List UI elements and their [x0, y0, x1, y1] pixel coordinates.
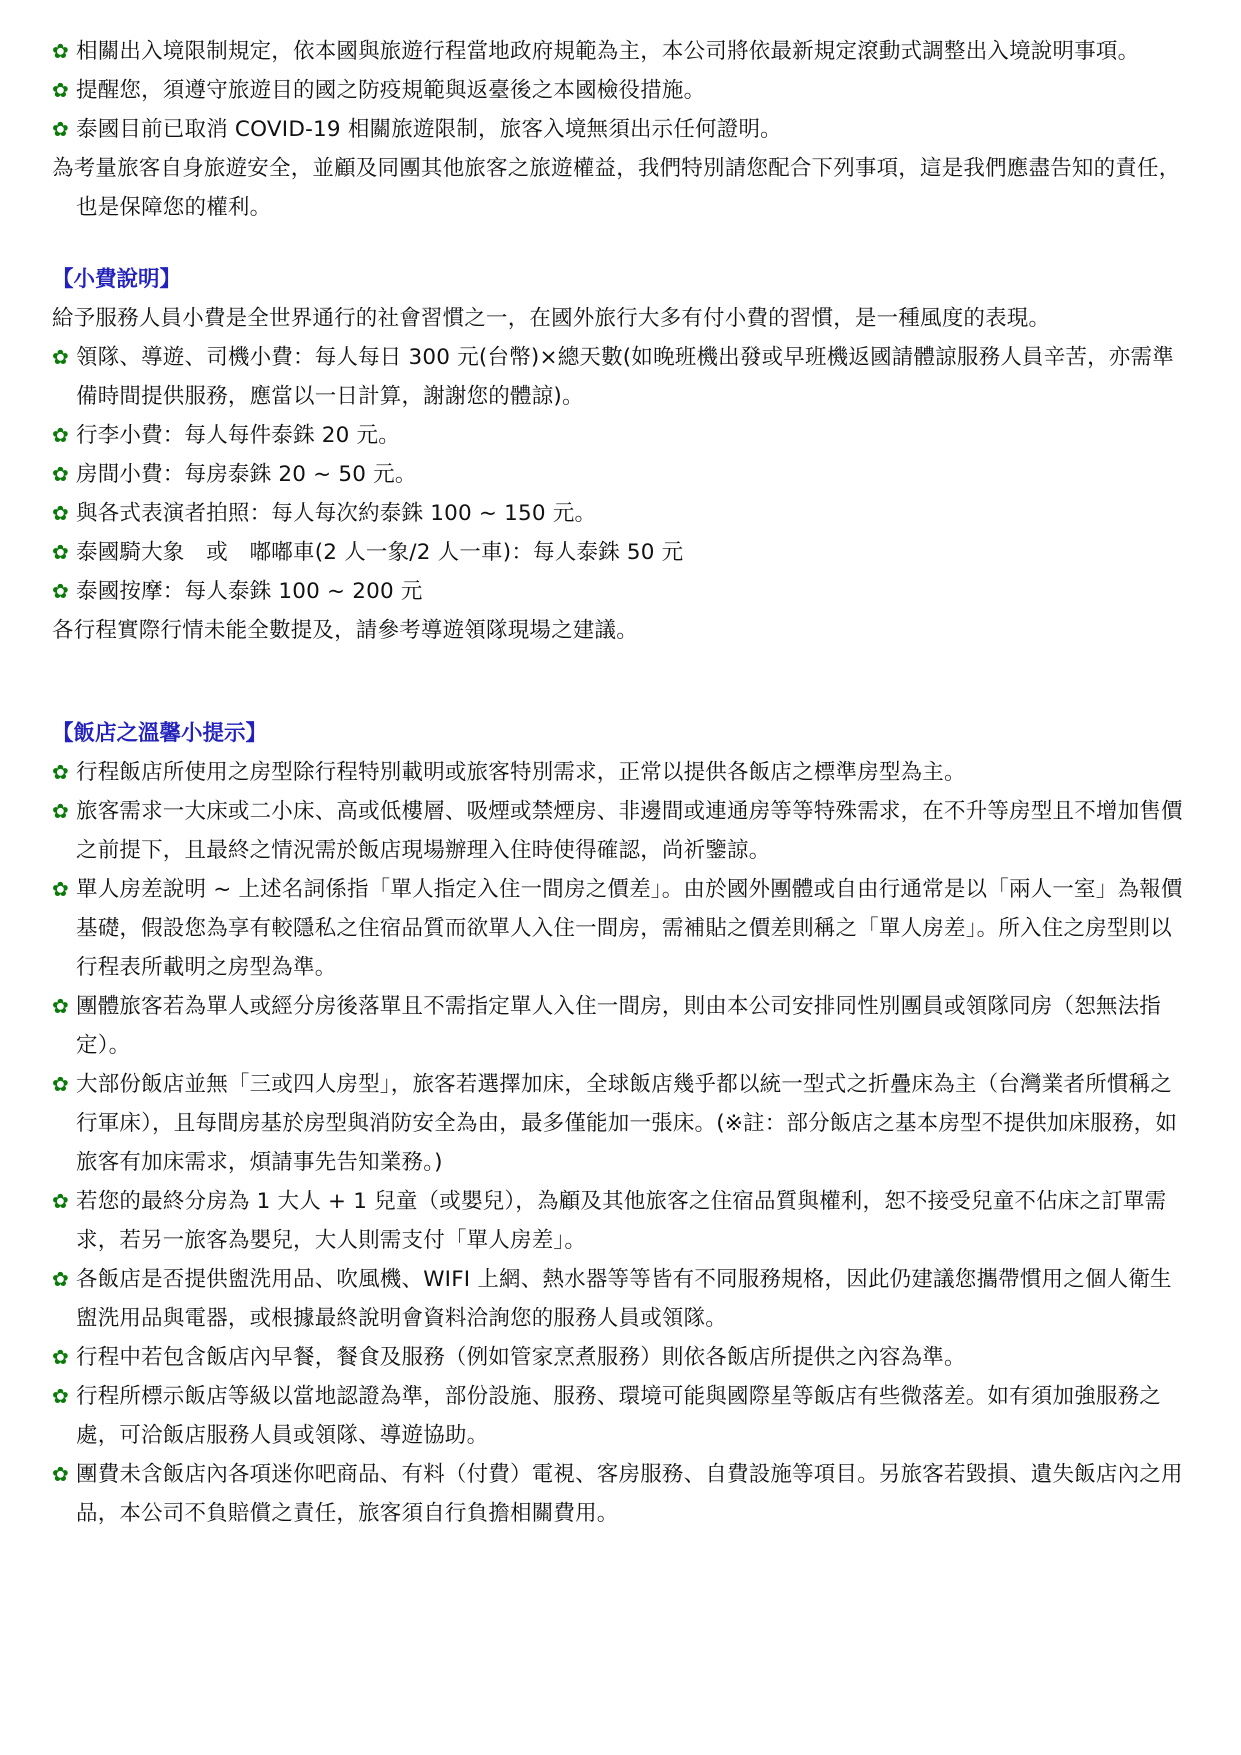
list-item: ✿ 與各式表演者拍照：每人每次約泰銖 100 ~ 150 元。 — [52, 494, 1185, 533]
list-item: ✿ 泰國騎大象 或 嘟嘟車(2 人一象/2 人一車)：每人泰銖 50 元 — [52, 533, 1185, 572]
list-item-text: 團費未含飯店內各項迷你吧商品、有料（付費）電視、客房服務、自費設施等項目。另旅客… — [76, 1455, 1185, 1533]
list-item: ✿ 泰國按摩：每人泰銖 100 ~ 200 元 — [52, 572, 1185, 611]
list-item-text: 行程飯店所使用之房型除行程特別載明或旅客特別需求，正常以提供各飯店之標準房型為主… — [76, 753, 1185, 792]
list-item-text: 旅客需求一大床或二小床、高或低樓層、吸煙或禁煙房、非邊間或連通房等等特殊需求，在… — [76, 792, 1185, 870]
list-item: ✿ 行程飯店所使用之房型除行程特別載明或旅客特別需求，正常以提供各飯店之標準房型… — [52, 753, 1185, 792]
list-item: ✿ 行李小費：每人每件泰銖 20 元。 — [52, 416, 1185, 455]
flower-bullet-icon: ✿ — [52, 338, 74, 377]
tips-intro-paragraph: 給予服務人員小費是全世界通行的社會習慣之一，在國外旅行大多有付小費的習慣，是一種… — [52, 299, 1185, 338]
flower-bullet-icon: ✿ — [52, 32, 74, 71]
section-heading-tips: 【小費說明】 — [52, 260, 1185, 299]
list-item: ✿ 行程中若包含飯店內早餐，餐食及服務（例如管家烹煮服務）則依各飯店所提供之內容… — [52, 1338, 1185, 1377]
flower-bullet-icon: ✿ — [52, 1260, 74, 1299]
list-item-text: 提醒您，須遵守旅遊目的國之防疫規範與返臺後之本國檢役措施。 — [76, 71, 1185, 110]
section-heading-hotel: 【飯店之溫馨小提示】 — [52, 714, 1185, 753]
flower-bullet-icon: ✿ — [52, 110, 74, 149]
tips-closing-paragraph: 各行程實際行情未能全數提及，請參考導遊領隊現場之建議。 — [52, 611, 1185, 650]
list-item: ✿ 旅客需求一大床或二小床、高或低樓層、吸煙或禁煙房、非邊間或連通房等等特殊需求… — [52, 792, 1185, 870]
flower-bullet-icon: ✿ — [52, 572, 74, 611]
list-item: ✿ 提醒您，須遵守旅遊目的國之防疫規範與返臺後之本國檢役措施。 — [52, 71, 1185, 110]
list-item-text: 泰國目前已取消 COVID-19 相關旅遊限制，旅客入境無須出示任何證明。 — [76, 110, 1185, 149]
flower-bullet-icon: ✿ — [52, 533, 74, 572]
flower-bullet-icon: ✿ — [52, 1338, 74, 1377]
list-item: ✿ 各飯店是否提供盥洗用品、吹風機、WIFI 上網、熱水器等等皆有不同服務規格，… — [52, 1260, 1185, 1338]
list-item-text: 房間小費：每房泰銖 20 ~ 50 元。 — [76, 455, 1185, 494]
flower-bullet-icon: ✿ — [52, 71, 74, 110]
list-item-text: 行程中若包含飯店內早餐，餐食及服務（例如管家烹煮服務）則依各飯店所提供之內容為準… — [76, 1338, 1185, 1377]
list-item-text: 相關出入境限制規定，依本國與旅遊行程當地政府規範為主，本公司將依最新規定滾動式調… — [76, 32, 1185, 71]
list-item-text: 泰國按摩：每人泰銖 100 ~ 200 元 — [76, 572, 1185, 611]
list-item: ✿ 團體旅客若為單人或經分房後落單且不需指定單人入住一間房，則由本公司安排同性別… — [52, 987, 1185, 1065]
list-item: ✿ 領隊、導遊、司機小費：每人每日 300 元(台幣)×總天數(如晚班機出發或早… — [52, 338, 1185, 416]
flower-bullet-icon: ✿ — [52, 987, 74, 1026]
flower-bullet-icon: ✿ — [52, 1182, 74, 1221]
list-item-text: 大部份飯店並無「三或四人房型」，旅客若選擇加床，全球飯店幾乎都以統一型式之折疊床… — [76, 1065, 1185, 1182]
intro-closing-paragraph: 為考量旅客自身旅遊安全，並顧及同團其他旅客之旅遊權益，我們特別請您配合下列事項，… — [52, 149, 1185, 227]
list-item: ✿ 相關出入境限制規定，依本國與旅遊行程當地政府規範為主，本公司將依最新規定滾動… — [52, 32, 1185, 71]
spacer — [52, 650, 1185, 714]
list-item-text: 領隊、導遊、司機小費：每人每日 300 元(台幣)×總天數(如晚班機出發或早班機… — [76, 338, 1185, 416]
flower-bullet-icon: ✿ — [52, 1377, 74, 1416]
list-item-text: 各飯店是否提供盥洗用品、吹風機、WIFI 上網、熱水器等等皆有不同服務規格，因此… — [76, 1260, 1185, 1338]
flower-bullet-icon: ✿ — [52, 792, 74, 831]
list-item-text: 行李小費：每人每件泰銖 20 元。 — [76, 416, 1185, 455]
list-item-text: 行程所標示飯店等級以當地認證為準，部份設施、服務、環境可能與國際星等飯店有些微落… — [76, 1377, 1185, 1455]
list-item-text: 若您的最終分房為 1 大人 + 1 兒童（或嬰兒），為顧及其他旅客之住宿品質與權… — [76, 1182, 1185, 1260]
list-item: ✿ 若您的最終分房為 1 大人 + 1 兒童（或嬰兒），為顧及其他旅客之住宿品質… — [52, 1182, 1185, 1260]
flower-bullet-icon: ✿ — [52, 494, 74, 533]
list-item: ✿ 泰國目前已取消 COVID-19 相關旅遊限制，旅客入境無須出示任何證明。 — [52, 110, 1185, 149]
flower-bullet-icon: ✿ — [52, 1065, 74, 1104]
list-item-text: 團體旅客若為單人或經分房後落單且不需指定單人入住一間房，則由本公司安排同性別團員… — [76, 987, 1185, 1065]
list-item-text: 單人房差說明 ~ 上述名詞係指「單人指定入住一間房之價差」。由於國外團體或自由行… — [76, 870, 1185, 987]
spacer — [52, 227, 1185, 260]
flower-bullet-icon: ✿ — [52, 416, 74, 455]
list-item: ✿ 房間小費：每房泰銖 20 ~ 50 元。 — [52, 455, 1185, 494]
list-item: ✿ 大部份飯店並無「三或四人房型」，旅客若選擇加床，全球飯店幾乎都以統一型式之折… — [52, 1065, 1185, 1182]
list-item: ✿ 團費未含飯店內各項迷你吧商品、有料（付費）電視、客房服務、自費設施等項目。另… — [52, 1455, 1185, 1533]
list-item: ✿ 行程所標示飯店等級以當地認證為準，部份設施、服務、環境可能與國際星等飯店有些… — [52, 1377, 1185, 1455]
list-item: ✿ 單人房差說明 ~ 上述名詞係指「單人指定入住一間房之價差」。由於國外團體或自… — [52, 870, 1185, 987]
flower-bullet-icon: ✿ — [52, 753, 74, 792]
flower-bullet-icon: ✿ — [52, 1455, 74, 1494]
flower-bullet-icon: ✿ — [52, 455, 74, 494]
flower-bullet-icon: ✿ — [52, 870, 74, 909]
document-page: ✿ 相關出入境限制規定，依本國與旅遊行程當地政府規範為主，本公司將依最新規定滾動… — [0, 0, 1241, 1533]
list-item-text: 泰國騎大象 或 嘟嘟車(2 人一象/2 人一車)：每人泰銖 50 元 — [76, 533, 1185, 572]
list-item-text: 與各式表演者拍照：每人每次約泰銖 100 ~ 150 元。 — [76, 494, 1185, 533]
